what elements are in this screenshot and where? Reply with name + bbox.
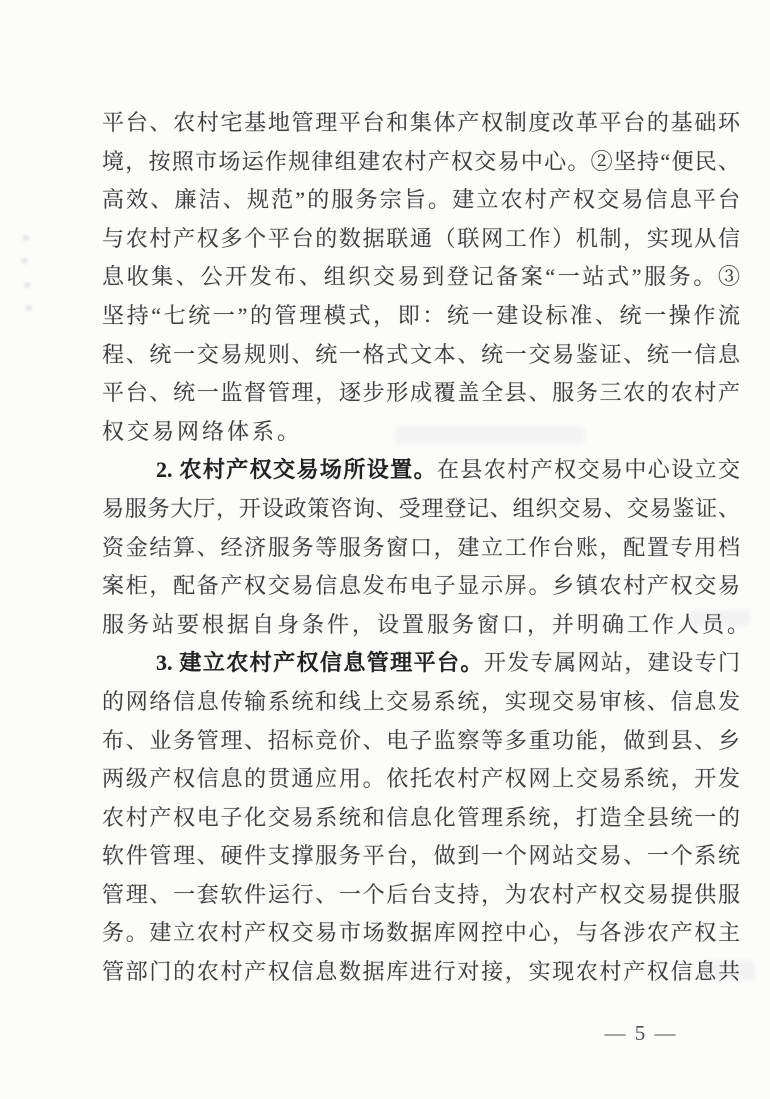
text-segment: 管理、一套软件运行、一个后台支持，为农村产权交易提供服: [102, 882, 740, 907]
text-line: 3. 建立农村产权信息管理平台。开发专属网站，建设专门: [102, 644, 740, 683]
text-segment: 两级产权信息的贯通应用。依托农村产权网上交易系统，开发: [102, 766, 740, 791]
text-line: 两级产权信息的贯通应用。依托农村产权网上交易系统，开发: [102, 760, 740, 799]
text-segment: 息收集、公开发布、组织交易到登记备案“一站式”服务。③: [102, 264, 740, 289]
text-line: 高效、廉洁、规范”的服务宗旨。建立农村产权交易信息平台: [102, 181, 740, 220]
text-line: 与农村产权多个平台的数据联通（联网工作）机制，实现从信: [102, 220, 740, 259]
text-segment: 的网络信息传输系统和线上交易系统，实现交易审核、信息发: [102, 689, 740, 714]
scan-speck: [25, 305, 32, 311]
text-segment: 资金结算、经济服务等服务窗口，建立工作台账，配置专用档: [102, 535, 740, 560]
text-line: 坚持“七统一”的管理模式，即：统一建设标准、统一操作流: [102, 297, 740, 336]
text-line: 息收集、公开发布、组织交易到登记备案“一站式”服务。③: [102, 258, 740, 297]
text-line: 境，按照市场运作规律组建农村产权交易中心。②坚持“便民、: [102, 143, 740, 182]
text-line: 布、业务管理、招标竞价、电子监察等多重功能，做到县、乡: [102, 722, 740, 761]
text-segment: 开发专属网站，建设专门: [484, 650, 740, 675]
text-segment: 务。建立农村产权交易市场数据库网控中心，与各涉农产权主: [102, 920, 740, 945]
text-line: 权交易网络体系。: [102, 413, 740, 452]
text-segment: 平台、农村宅基地管理平台和集体产权制度改革平台的基础环: [102, 110, 740, 135]
scan-speck: [22, 235, 29, 241]
text-line: 软件管理、硬件支撑服务平台，做到一个网站交易、一个系统: [102, 837, 740, 876]
document-page: 平台、农村宅基地管理平台和集体产权制度改革平台的基础环境，按照市场运作规律组建农…: [0, 0, 770, 1099]
text-line: 资金结算、经济服务等服务窗口，建立工作台账，配置专用档: [102, 529, 740, 568]
text-line: 易服务大厅，开设政策咨询、受理登记、组织交易、交易鉴证、: [102, 490, 740, 529]
scan-speck: [21, 258, 28, 264]
text-segment: 案柜，配备产权交易信息发布电子显示屏。乡镇农村产权交易: [102, 573, 740, 598]
text-segment: 与农村产权多个平台的数据联通（联网工作）机制，实现从信: [102, 226, 740, 251]
page-number: — 5 —: [585, 1020, 697, 1046]
text-line: 管理、一套软件运行、一个后台支持，为农村产权交易提供服: [102, 876, 740, 915]
text-segment: 平台、统一监督管理，逐步形成覆盖全县、服务三农的农村产: [102, 380, 740, 405]
scan-speck: [24, 282, 31, 288]
text-line: 案柜，配备产权交易信息发布电子显示屏。乡镇农村产权交易: [102, 567, 740, 606]
text-line: 程、统一交易规则、统一格式文本、统一交易鉴证、统一信息: [102, 336, 740, 375]
text-segment: 服务站要根据自身条件，设置服务窗口，并明确工作人员。: [102, 612, 752, 637]
text-segment: 农村产权电子化交易系统和信息化管理系统，打造全县统一的: [102, 805, 740, 830]
text-line: 服务站要根据自身条件，设置服务窗口，并明确工作人员。: [102, 606, 740, 645]
text-segment: 软件管理、硬件支撑服务平台，做到一个网站交易、一个系统: [102, 843, 740, 868]
text-segment: 易服务大厅，开设政策咨询、受理登记、组织交易、交易鉴证、: [102, 496, 740, 521]
text-segment: 程、统一交易规则、统一格式文本、统一交易鉴证、统一信息: [102, 342, 740, 367]
text-line: 管部门的农村产权信息数据库进行对接，实现农村产权信息共: [102, 953, 740, 992]
text-segment: 权交易网络体系。: [102, 419, 302, 444]
text-line: 2. 农村产权交易场所设置。在县农村产权交易中心设立交: [102, 451, 740, 490]
text-line: 平台、农村宅基地管理平台和集体产权制度改革平台的基础环: [102, 104, 740, 143]
section-heading-segment: 2. 农村产权交易场所设置。: [156, 457, 437, 482]
text-line: 平台、统一监督管理，逐步形成覆盖全县、服务三农的农村产: [102, 374, 740, 413]
section-heading-segment: 3. 建立农村产权信息管理平台。: [156, 650, 484, 675]
text-line: 务。建立农村产权交易市场数据库网控中心，与各涉农产权主: [102, 914, 740, 953]
body-text: 平台、农村宅基地管理平台和集体产权制度改革平台的基础环境，按照市场运作规律组建农…: [102, 104, 740, 992]
text-segment: 高效、廉洁、规范”的服务宗旨。建立农村产权交易信息平台: [102, 187, 740, 212]
text-line: 农村产权电子化交易系统和信息化管理系统，打造全县统一的: [102, 799, 740, 838]
text-segment: 坚持“七统一”的管理模式，即：统一建设标准、统一操作流: [102, 303, 740, 328]
text-segment: 在县农村产权交易中心设立交: [437, 457, 740, 482]
text-segment: 境，按照市场运作规律组建农村产权交易中心。②坚持“便民、: [102, 149, 740, 174]
text-segment: 管部门的农村产权信息数据库进行对接，实现农村产权信息共: [102, 959, 740, 984]
text-line: 的网络信息传输系统和线上交易系统，实现交易审核、信息发: [102, 683, 740, 722]
text-segment: 布、业务管理、招标竞价、电子监察等多重功能，做到县、乡: [102, 728, 740, 753]
